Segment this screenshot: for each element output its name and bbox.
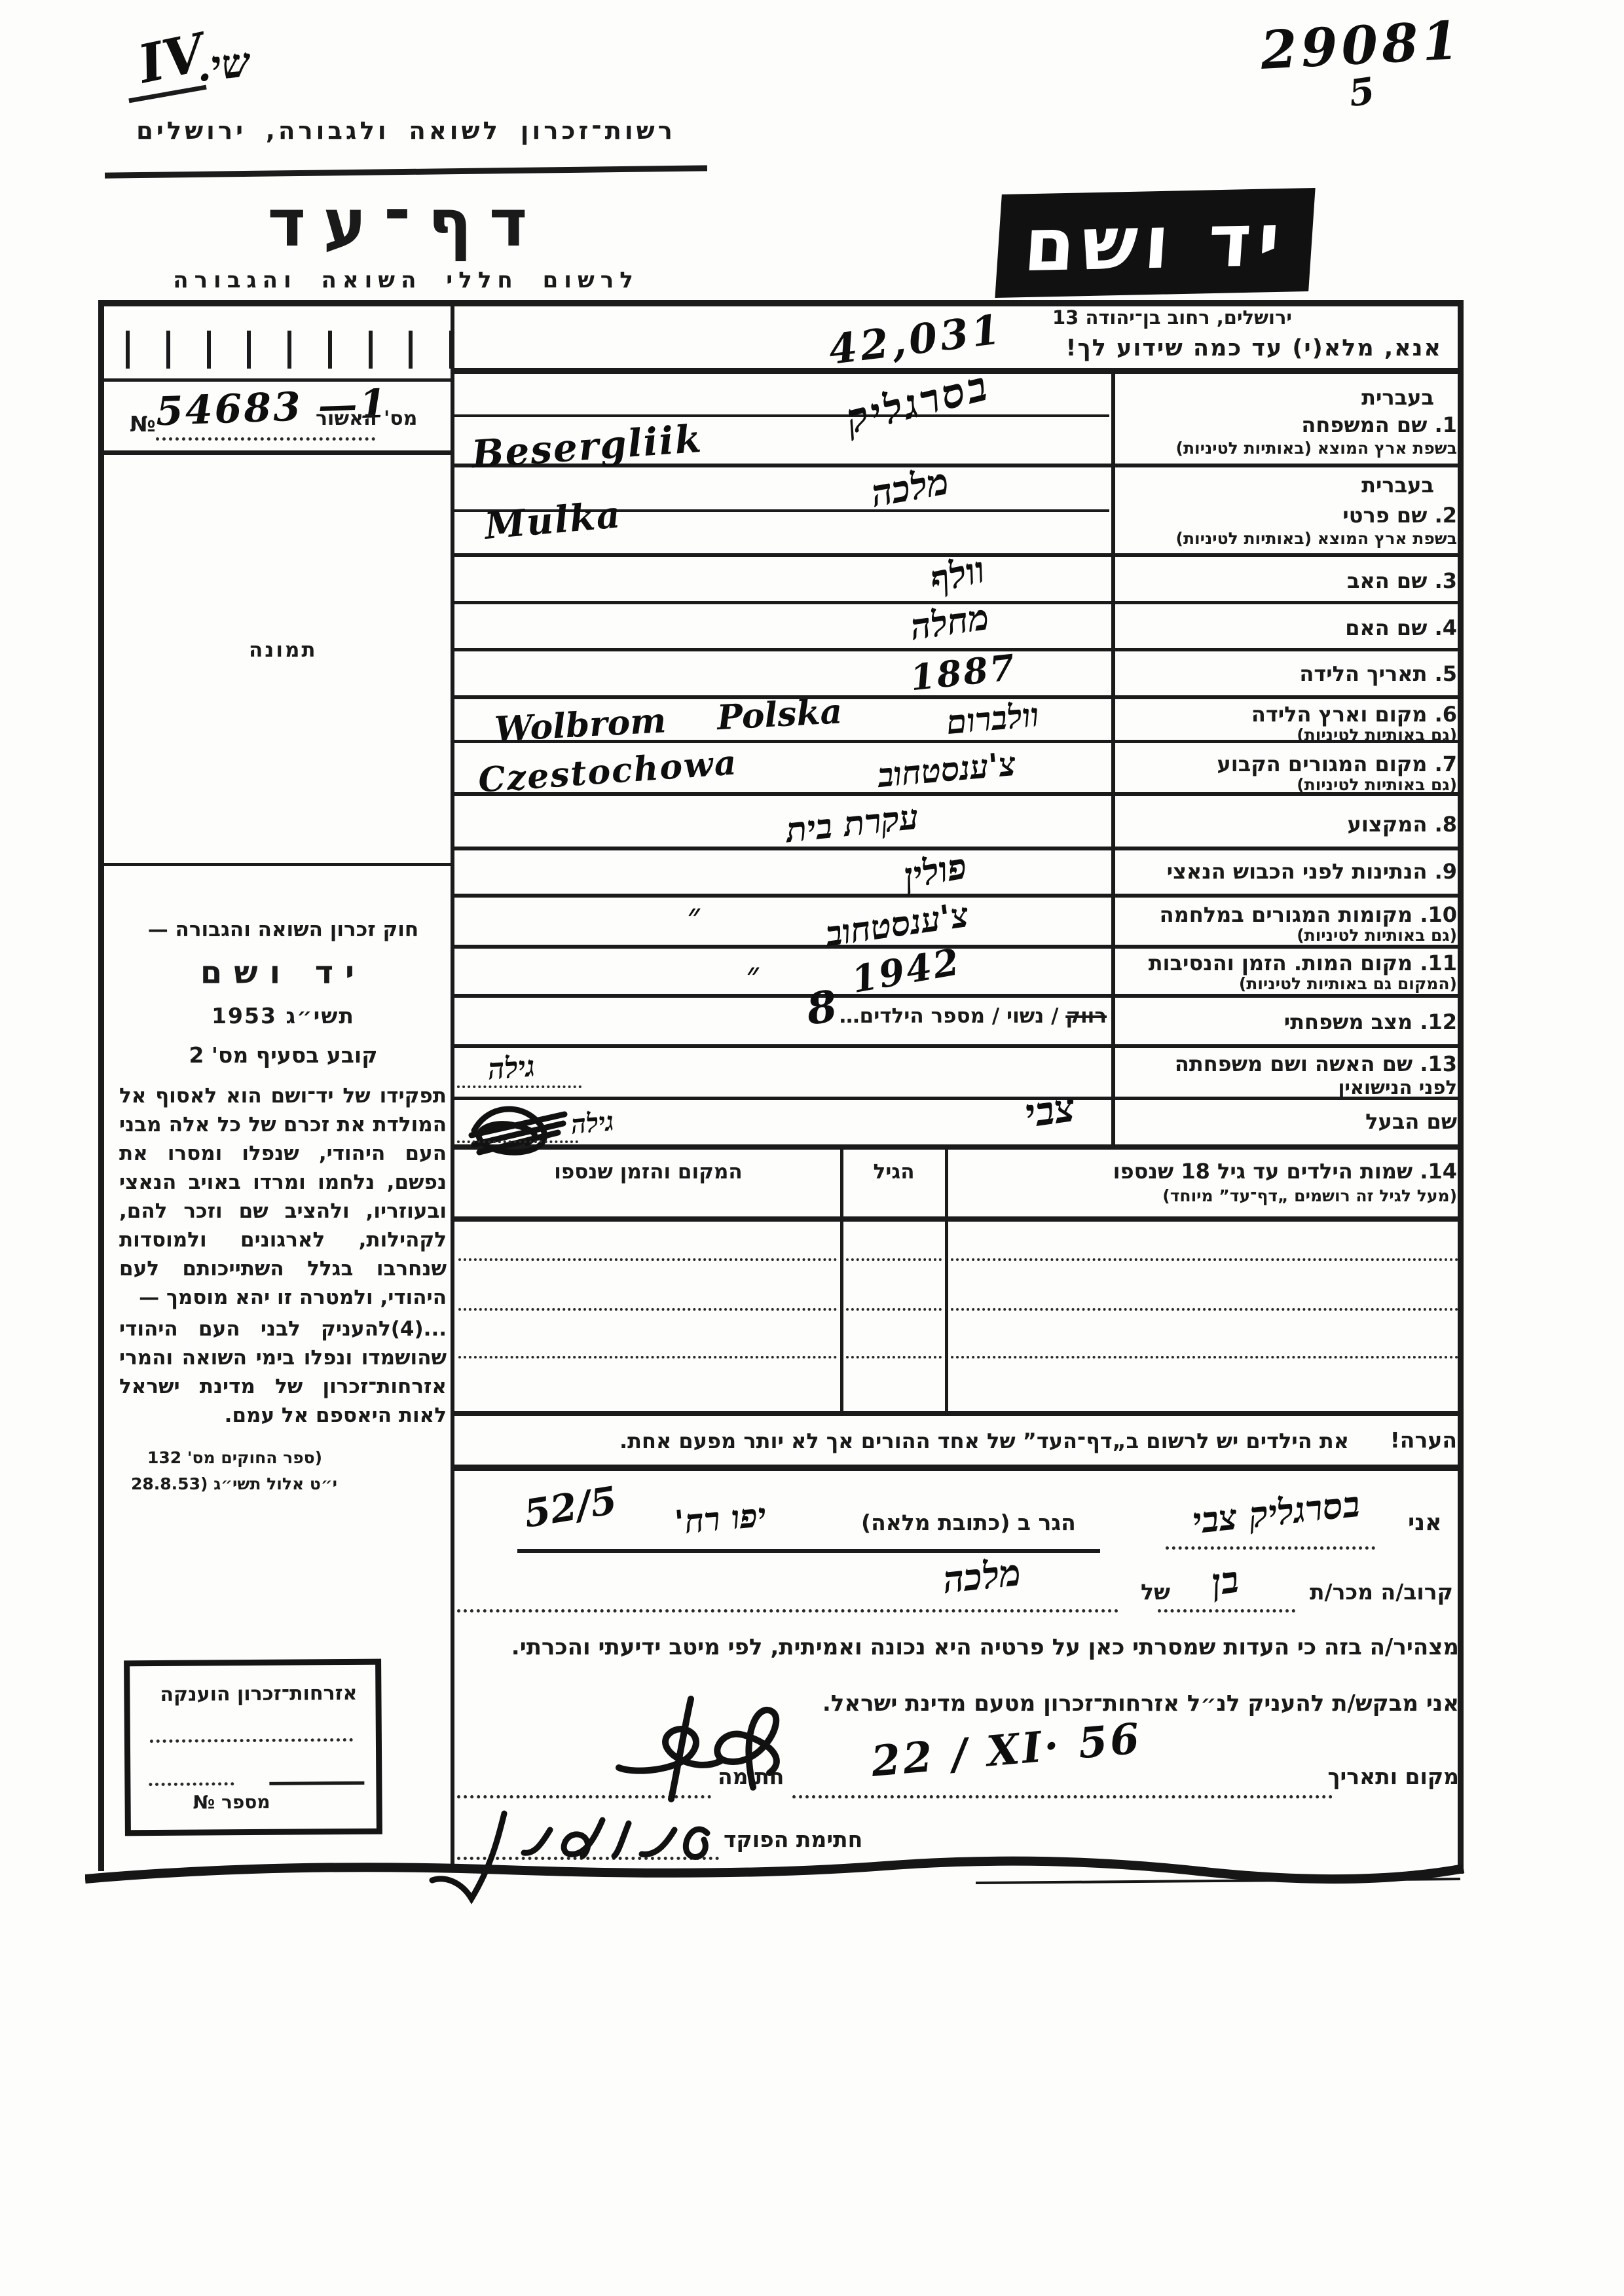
husband-crossed-out-scribble [466,1095,571,1160]
org-address: ירושלים, רחוב בן־יהודה 13 [1008,306,1336,329]
grant-box-dotted-line [150,1738,353,1743]
field5-label: 5. תאריך הלידה [1299,661,1457,686]
field13-bottom-line [454,1097,1463,1100]
memorial-citizenship-box: אזרחות־זכרון הוענקה מספר № [124,1659,382,1836]
photo-area-bottom-line [104,863,451,866]
children-col-names-subheader: (מעל לגיל זה רושמים „דף־עד” מיוחד) [1162,1186,1457,1205]
field4-number: 4. [1435,615,1457,640]
grant-box-number-dotted [149,1782,234,1786]
fill-instruction: אנא, מלא(י) עד כמה שידוע לך! [1065,335,1442,361]
hw-firstname-hebrew: מלכה [868,460,952,516]
field1-hebrew-tag: בעברית [1361,385,1434,410]
field12-label: 12. מצב משפחתי [1284,1010,1457,1034]
children-row3-place [458,1356,837,1358]
field11-title: מקום המות. הזמן והנסיבות [1149,951,1412,975]
hw-relation: בן [1209,1558,1242,1604]
declaration-line1-dotted [1166,1546,1375,1550]
children-row3-age [846,1356,942,1358]
grant-box-number-word: מספר [221,1791,270,1813]
field6-sublabel: (גם באותיות לטיניות) [1297,725,1457,744]
form-title: דף־עד [177,185,635,261]
tick-mark [287,331,291,369]
children-note-text: את הילדים יש לרשום ב„דף־העד” של אחד ההור… [619,1429,1349,1453]
field1-sublabel: בשפת ארץ המוצא (באותיות לטיניות) [1176,439,1457,458]
hw-wife-name: גילה [487,1050,536,1087]
field13-number: 13. [1420,1051,1457,1076]
children-note-head: הערה! [1390,1427,1457,1453]
field11-sublabel: (המקום גם באותיות לטיניות) [1239,974,1457,993]
field10-sublabel: (גם באותיות לטיניות) [1297,926,1457,945]
tick-mark [409,331,413,369]
field2-number: 2. [1435,503,1457,528]
yad-vashem-logo: יד ושם [995,188,1315,298]
hw-declarant-address: יפו רח' [673,1495,768,1542]
field1-title: שם המשפחה [1301,412,1427,437]
tick-mark [126,331,130,369]
place-date-label: מקום ותאריך [1327,1764,1459,1789]
hw-firstname-latin: Mulka [483,493,623,548]
field7-number: 7. [1435,752,1457,776]
children-row1-place [458,1258,837,1261]
law-clause: קובע בסעיף מס' 2 [118,1042,449,1068]
field11-label: 11. מקום המות. הזמן והנסיבות [1149,951,1457,975]
tick-mark [328,331,332,369]
field1-number: 1. [1435,412,1457,437]
field13-label: 13. שם האשה ושם משפחתה [1175,1051,1457,1076]
field3-number: 3. [1435,568,1457,593]
field9-label: 9. הנתינות לפני הכבוש הנאצי [1167,859,1457,884]
tick-mark [369,331,373,369]
hw-birth-year: 1887 [908,646,1018,699]
field1-hebrew-line [454,414,1109,417]
husband-row-bottom-line [454,1144,1463,1150]
hw-profession: עקרת בית [784,797,920,851]
tick-mark [449,331,453,369]
declaration-line2-dotted-left [457,1609,1118,1613]
hw-surname-hebrew: בסרגליק [841,361,994,444]
wife-name-dotted-line [457,1085,581,1088]
marital-options-rest: / נשוי / מספר הילדים… [840,1004,1066,1028]
children-table-header-line [454,1216,1463,1222]
tick-mark [207,331,211,369]
children-row3-name [951,1356,1458,1358]
children-table-divider-age-right [945,1150,948,1413]
field5-bottom-line [454,695,1463,699]
grant-box-no-sign: № [193,1791,215,1813]
field7-label: 7. מקום המגורים הקבוע [1217,752,1457,776]
grant-box-number-label: מספר № [193,1791,270,1813]
marital-status-options: רווק / נשוי / מספר הילדים… [840,1004,1107,1028]
photo-placeholder-label: תמונה [249,638,318,662]
law-heading: חוק זכרון השואה והגבורה — [118,918,449,941]
field6-title: מקום וארץ הלידה [1251,702,1428,727]
field4-title: שם האם [1345,615,1427,640]
field3-title: שם האב [1347,568,1427,593]
label-column-divider [1111,370,1115,1148]
law-text: תפקידו של יד־ושם הוא לאסוף אל המולדת את … [119,1082,447,1312]
field5-number: 5. [1435,661,1457,686]
field4-label: 4. שם האם [1345,615,1457,640]
declaration-request: אני מבקש/ת להעניק לנ״ל אזרחות־זכרון מטעם… [822,1690,1459,1717]
hw-wartime-ditto: ״ [688,896,700,934]
hw-death-ditto: ״ [747,955,759,993]
form-border-top [98,300,1464,306]
husband-dotted-line [457,1140,578,1143]
field6-label: 6. מקום וארץ הלידה [1251,702,1457,727]
testimony-page: IV שי. 29081 5 רשות־זכרון לשואה ולגבורה,… [0,0,1624,2296]
approval-number-sign: № [130,411,156,437]
children-row1-age [846,1258,942,1261]
place-date-dotted-line [792,1795,1333,1798]
field11-number: 11. [1420,951,1457,975]
field9-number: 9. [1435,859,1457,884]
declaration-resides-label: הגר ב (כתובת מלאה) [861,1510,1076,1535]
declaration-relative-label: קרוב/ה מכר/ת [1310,1579,1453,1605]
law-text-clause4: ...(4)להעניק לבני העם היהודי שהושמדו ונפ… [119,1315,447,1430]
hw-surname-latin: Besergliik [470,416,704,477]
field3-label: 3. שם האב [1347,568,1457,593]
children-row2-name [951,1308,1458,1311]
field5-title: תאריך הלידה [1299,661,1427,686]
page-bottom-border [85,1853,1467,1892]
org-name-line: רשות־זכרון לשואה ולגבורה, ירושלים [105,117,707,145]
hw-declarant-address-number: 52/5 [521,1478,620,1536]
children-row2-place [458,1308,837,1311]
hw-residence-hebrew: צ'ענסטחוב [876,744,1018,795]
hw-birthplace-hebrew: וולברום [945,695,1041,742]
field10-label: 10. מקומות המגורים במלחמה [1160,902,1457,927]
field11-bottom-line [454,994,1463,998]
field1-label: 1. שם המשפחה [1301,412,1457,437]
hw-nationality: פולין [900,845,970,897]
yad-vashem-logo-text: יד ושם [1022,198,1289,288]
form-subtitle: לרשום חללי השואה והגבורה [131,267,681,293]
field10-title: מקומות המגורים במלחמה [1160,902,1413,927]
children-row2-age [846,1308,942,1311]
field13-sublabel: לפני הנישואין [1338,1076,1457,1099]
children-col-age-header: הגיל [845,1160,943,1184]
marital-option-single-struck: רווק [1065,1004,1107,1028]
grant-box-title: אזרחות־זכרון הוענקה [160,1682,357,1706]
ticks-baseline [104,378,451,382]
field12-number: 12. [1420,1010,1457,1034]
field12-title: מצב משפחתי [1284,1010,1412,1034]
field7-title: מקום המגורים הקבוע [1217,752,1427,776]
field13-title: שם האשה ושם משפחתה [1175,1051,1412,1076]
children-col-names-header: 14. שמות הילדים עד גיל 18 שנספו [1113,1159,1457,1184]
declaration-of-label: של [1141,1579,1170,1605]
declaration-statement: מצהיר/ה בזה כי העדות שמסרתי כאן על פרטיה… [511,1634,1459,1660]
law-year: תשי״ג 1953 [118,1003,449,1029]
field10-bottom-line [454,945,1463,949]
hw-place-date: 22 / XI· 56 [870,1714,1144,1787]
declaration-line2-dotted-right [1158,1609,1295,1613]
declaration-i-label: אני [1408,1510,1442,1536]
approval-number-dotted-line [156,437,375,441]
approval-number-label: מס' האשור [316,407,417,430]
tick-mark [247,331,251,369]
field8-label: 8. המקצוע [1348,812,1457,837]
photo-column-divider [451,302,454,1871]
field2-label: 2. שם פרטי [1342,503,1457,528]
law-footnote-line2: י״ט אלול תשי״ג (28.8.53 [131,1474,337,1493]
field12-bottom-line [454,1044,1463,1048]
hw-declarant-name: בסרגליק צבי [1190,1483,1361,1542]
file-number-sub: 5 [1346,69,1378,116]
clerk-signature-label: חתימת הפוקד [724,1827,862,1852]
hw-of-name: מלכה [941,1551,1023,1602]
corner-shin-mark: שי. [194,38,252,92]
field9-title: הנתינות לפני הכבוש הנאצי [1167,859,1428,884]
field2-title: שם פרטי [1342,503,1427,528]
hw-death-year: 1942 [849,940,965,1002]
children-section-end-line [454,1465,1463,1471]
hw-children-count: 8 [803,980,840,1035]
tick-mark [166,331,170,369]
children-row1-name [951,1258,1458,1261]
witness-signature-scribble [557,1689,819,1804]
field10-number: 10. [1420,902,1457,927]
hw-husband-secondary: גילה [570,1106,615,1140]
form-border-left [98,300,104,1871]
children-table-bottom-line [454,1411,1463,1416]
husband-label: שם הבעל [1365,1109,1457,1134]
header-divider [105,165,707,178]
perforation-ticks [126,331,453,370]
children-table-divider-age-left [840,1150,843,1413]
field6-number: 6. [1435,702,1457,727]
children-col-place-header: המקום והזמן שנספו [485,1160,812,1184]
field7-sublabel: (גם באותיות לטיניות) [1297,775,1457,794]
law-name: יד ושם [118,955,449,991]
field2-hebrew-tag: בעברית [1361,473,1434,498]
approval-row-underline [104,450,451,455]
field4-bottom-line [454,648,1463,651]
grant-box-number-line [269,1781,364,1785]
field8-number: 8. [1435,812,1457,837]
hw-husband-name: צבי [1022,1085,1077,1137]
field2-sublabel: בשפת ארץ המוצא (באותיות לטיניות) [1176,529,1457,548]
law-footnote-line1: (ספר החוקים מס' 132 [147,1448,322,1467]
field8-title: המקצוע [1348,812,1428,837]
